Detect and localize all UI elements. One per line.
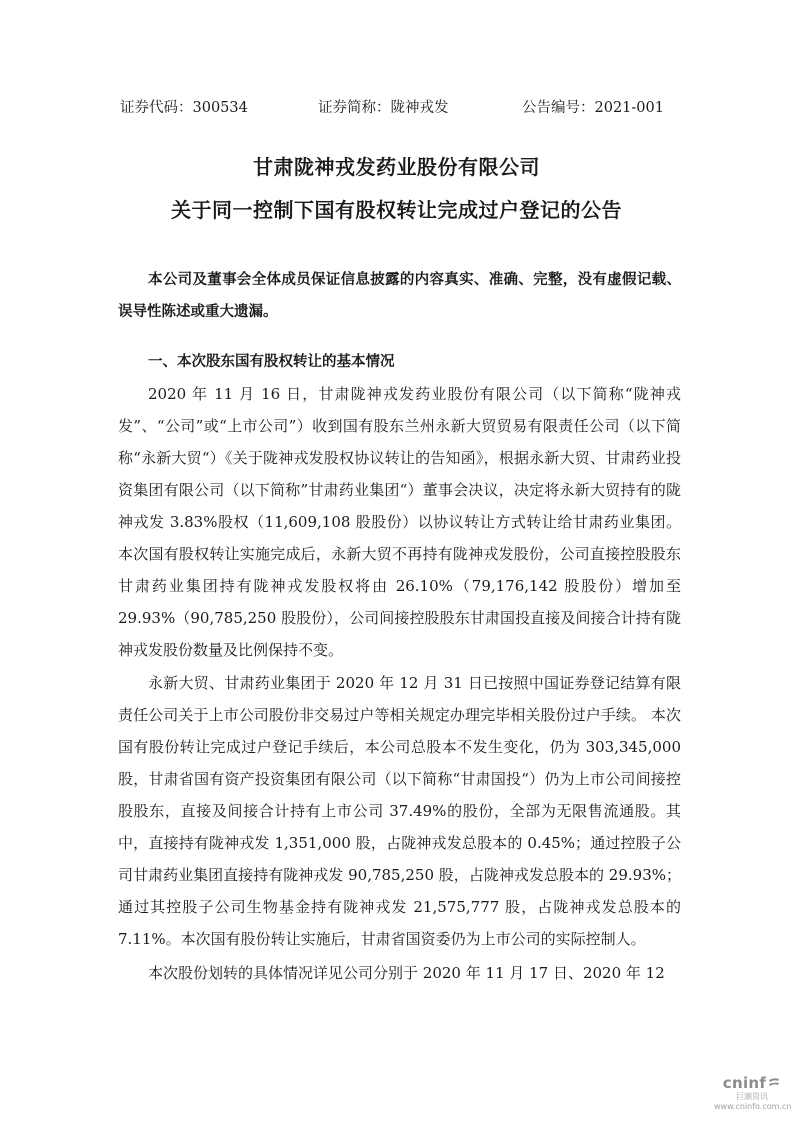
paragraph-1: 2020 年 11 月 16 日，甘肃陇神戎发药业股份有限公司（以下简称“陇神戎… <box>118 378 681 666</box>
cninfo-logo: cninf <box>714 1074 790 1092</box>
announcement-number: 公告编号：2021-001 <box>522 96 664 117</box>
cninfo-watermark: cninf 巨潮资讯 www.cninfo.com.cn <box>714 1074 790 1112</box>
document-header: 证券代码：300534 证券简称：陇神戎发 公告编号：2021-001 <box>120 96 680 116</box>
statement-text: 本公司及董事会全体成员保证信息披露的内容真实、准确、完整，没有虚假记载、误导性陈… <box>118 264 681 328</box>
company-title: 甘肃陇神戎发药业股份有限公司 <box>0 151 793 180</box>
brand-url: www.cninfo.com.cn <box>714 1102 790 1112</box>
stock-abbreviation: 证券简称：陇神戎发 <box>318 96 449 117</box>
announcement-title: 关于同一控制下国有股权转让完成过户登记的公告 <box>0 194 793 223</box>
brand-text: cninf <box>723 1074 766 1092</box>
section-1: 一、本次股东国有股权转让的基本情况 2020 年 11 月 16 日，甘肃陇神戎… <box>118 346 681 989</box>
stock-code: 证券代码：300534 <box>120 96 248 117</box>
section-heading: 一、本次股东国有股权转让的基本情况 <box>118 346 681 378</box>
disclosure-statement: 本公司及董事会全体成员保证信息披露的内容真实、准确、完整，没有虚假记载、误导性陈… <box>118 264 681 328</box>
paragraph-2: 永新大贸、甘肃药业集团于 2020 年 12 月 31 日已按照中国证券登记结算… <box>118 667 681 955</box>
brand-chinese-name: 巨潮资讯 <box>714 1092 790 1102</box>
cninfo-logo-icon <box>767 1077 781 1089</box>
paragraph-3: 本次股份划转的具体情况详见公司分别于 2020 年 11 月 17 日、2020… <box>118 957 681 989</box>
